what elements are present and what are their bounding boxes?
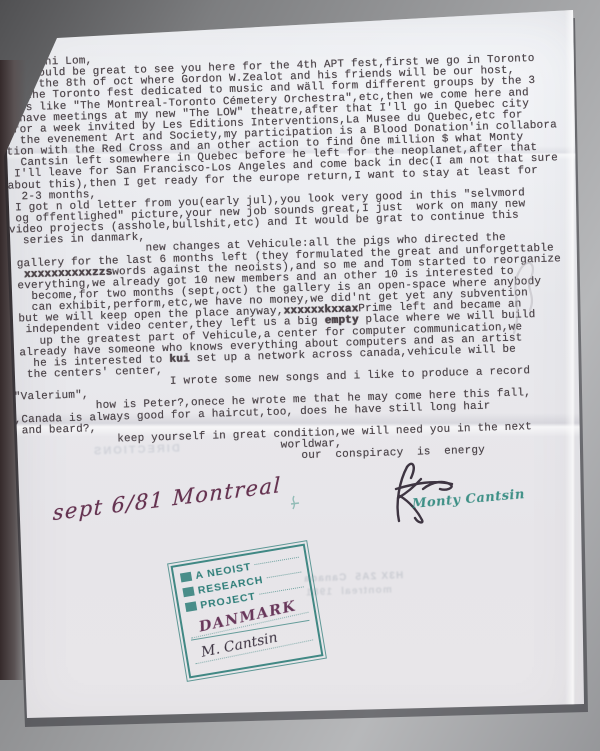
showthrough-text-line2: montreal 1981	[305, 584, 392, 598]
stamp-dotted-leader	[255, 557, 299, 565]
pencil-scribble	[500, 238, 570, 348]
letter-paper: DIRECTIONS H3X 2A5 Canada montreal 1981 …	[0, 0, 600, 751]
handwritten-date-place: sept 6/81 Montreal	[52, 473, 282, 525]
neoist-research-stamp: A NEOISTRESEARCHPROJECT DANMARK M. Cants…	[167, 540, 327, 682]
photograph-of-letter: DIRECTIONS H3X 2A5 Canada montreal 1981 …	[0, 0, 600, 751]
stamp-dotted-leader	[267, 572, 302, 579]
stamp-square-icon	[182, 587, 194, 598]
showthrough-text-line1: H3X 2A5 Canada	[303, 570, 404, 584]
stamp-square-icon	[180, 572, 192, 583]
ink-smudge-green	[288, 494, 302, 514]
stamp-square-icon	[185, 601, 197, 612]
stamp-inner-frame: A NEOISTRESEARCHPROJECT DANMARK M. Cants…	[171, 544, 324, 679]
